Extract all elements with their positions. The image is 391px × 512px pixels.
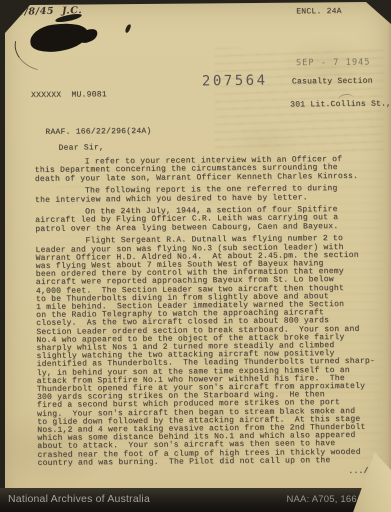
address-line: 301 Lit.Collins St., xyxy=(290,101,391,110)
raaf-reference: RAAF. 166/22/296(24A) xyxy=(45,128,151,137)
paragraph: Flight Sergeant R.A. Dutnall was flying … xyxy=(35,235,391,468)
salutation: Dear Sir, xyxy=(59,142,389,153)
file-reference: XXXXXX MU.9081 xyxy=(31,91,107,100)
watermark-bar: National Archives of Australia NAA: A705… xyxy=(0,488,391,512)
letter-line: patrol over the Area lying between Cabou… xyxy=(35,222,389,234)
letter-paragraphs: I refer to your recent interview with an… xyxy=(35,156,391,468)
paragraph: On the 24th July, 1944, a section of fou… xyxy=(35,206,389,234)
paragraph: I refer to your recent interview with an… xyxy=(35,156,389,184)
typed-layer: ENCL. 24A Casualty Section 301 Lit.Colli… xyxy=(0,0,391,512)
letter-line: country and was burning. The Pilot did n… xyxy=(38,456,391,468)
letter-page: 31/8/45 J.C. SEP - 7 1945 207564 ENCL. 2… xyxy=(0,0,391,512)
letter-line: the interview and which you desired to h… xyxy=(35,193,389,205)
enclosure-reference: ENCL. 24A xyxy=(296,8,342,17)
letter-line: death of your late son, Warrant Officer … xyxy=(35,172,389,184)
section-name: Casualty Section xyxy=(292,78,373,87)
scanned-document: 31/8/45 J.C. SEP - 7 1945 207564 ENCL. 2… xyxy=(0,0,391,512)
archive-watermark: National Archives of Australia xyxy=(8,493,150,505)
paragraph: The following report is the one referred… xyxy=(35,185,389,205)
page-continuation-marker: .../2 xyxy=(38,468,391,480)
letter-body: Dear Sir, I refer to your recent intervi… xyxy=(35,142,391,480)
